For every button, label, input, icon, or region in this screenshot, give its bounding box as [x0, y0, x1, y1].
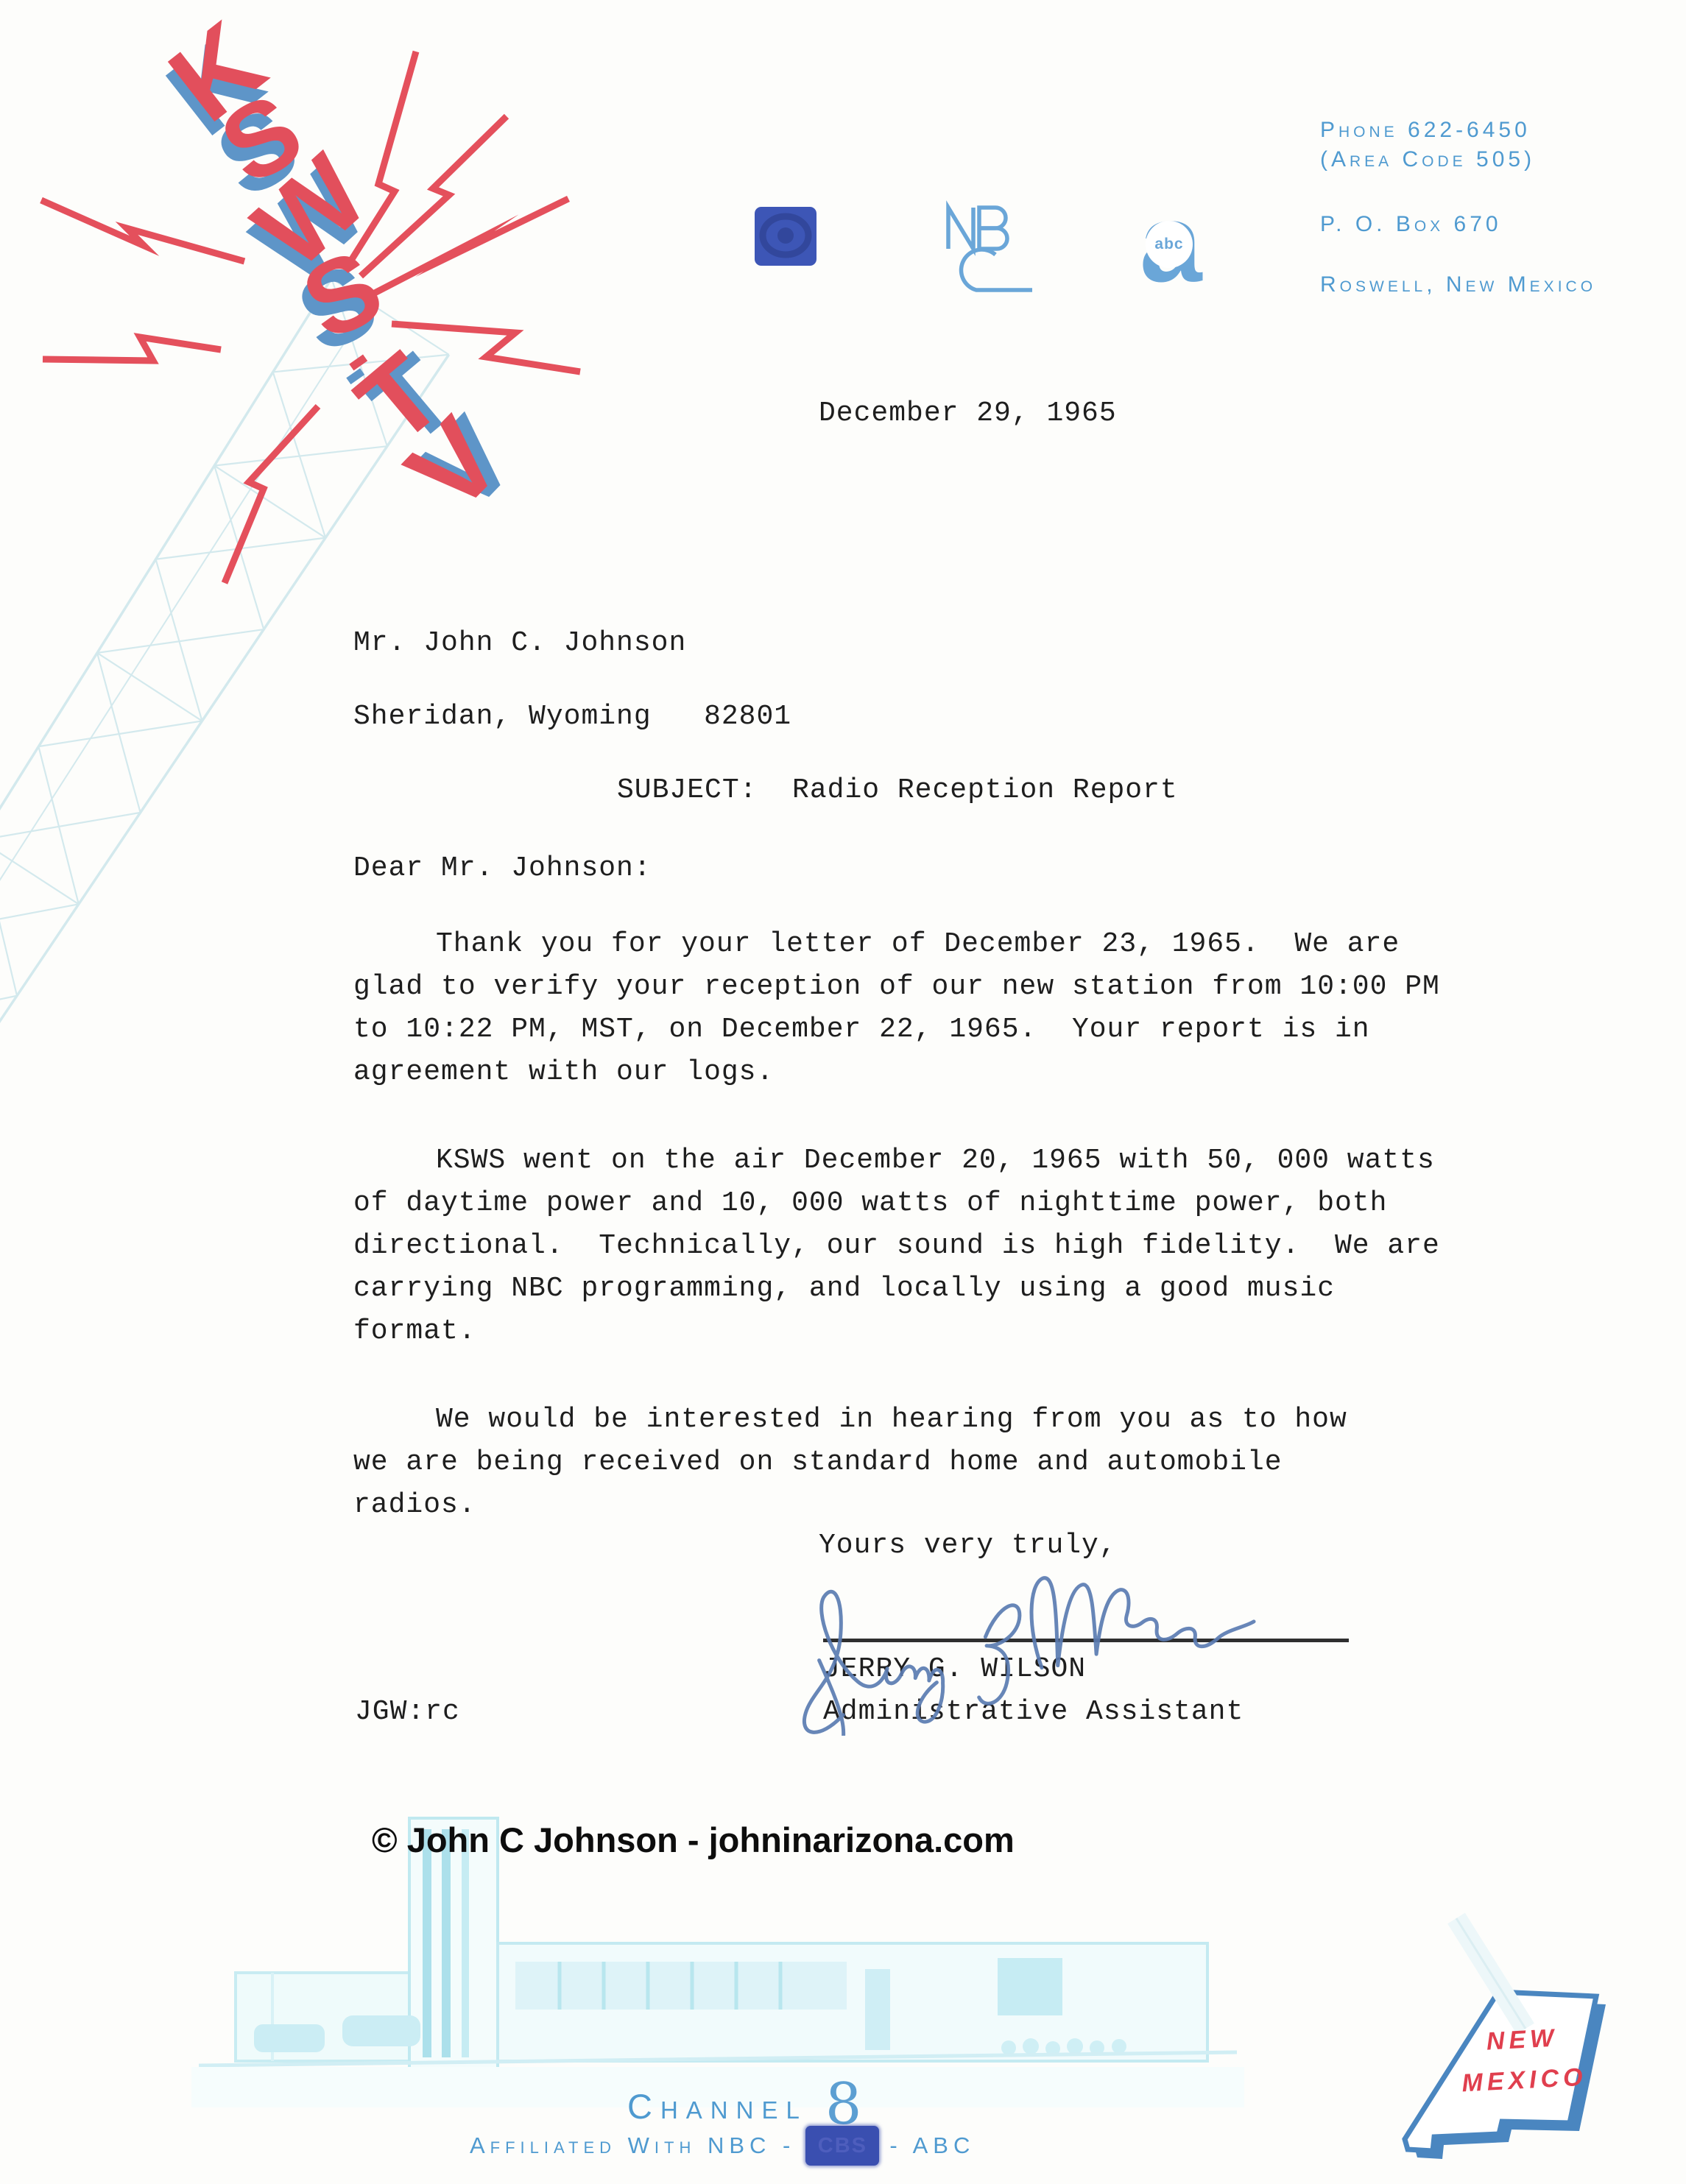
handwritten-signature [766, 1515, 1266, 1736]
abc-logo-text: abc [1154, 236, 1183, 253]
phone-number: Phone 622-6450 [1320, 118, 1596, 144]
letter-line: carrying NBC programming, and locally us… [353, 1268, 1472, 1310]
salutation: Dear Mr. Johnson: [353, 852, 652, 884]
letter-line: directional. Technically, our sound is h… [353, 1225, 1472, 1268]
reference-initials: JGW:rc [355, 1696, 460, 1728]
cbs-ink-stamp: CBS [805, 2126, 879, 2166]
affiliation-suffix: - ABC [889, 2132, 975, 2159]
nm-line2: MEXICO [1461, 2057, 1588, 2105]
channel-label: Channel [627, 2076, 808, 2127]
cbs-eye-logo-stamped-icon [754, 206, 817, 266]
po-box: P. O. Box 670 [1320, 212, 1596, 238]
letter-line: KSWS went on the air December 20, 1965 w… [353, 1139, 1472, 1182]
copyright-watermark: © John C Johnson - johninarizona.com [372, 1820, 1015, 1860]
letter-line: Thank you for your letter of December 23… [353, 923, 1472, 966]
letter-scan-page: KSWS-TV a abc Phone 622-6450 (Area Code … [0, 0, 1686, 2184]
recipient-city: Sheridan, Wyoming 82801 [353, 701, 791, 732]
city-state: Roswell, New Mexico [1320, 272, 1596, 299]
letter-paragraph: We would be interested in hearing from y… [353, 1399, 1472, 1527]
recipient-name: Mr. John C. Johnson [353, 627, 686, 659]
kswstv-logo: KSWS-TV [0, 0, 663, 589]
subject-line: SUBJECT: Radio Reception Report [617, 774, 1178, 806]
letter-line: of daytime power and 10, 000 watts of ni… [353, 1182, 1472, 1225]
nbc-logo-icon [944, 200, 1047, 296]
letter-line: to 10:22 PM, MST, on December 22, 1965. … [353, 1008, 1472, 1051]
channel-8-line: Channel 8 [627, 2076, 861, 2133]
area-code: (Area Code 505) [1320, 147, 1596, 174]
letter-body: Thank you for your letter of December 23… [353, 923, 1472, 1572]
letter-line: we are being received on standard home a… [353, 1441, 1472, 1484]
letter-paragraph: KSWS went on the air December 20, 1965 w… [353, 1139, 1472, 1353]
channel-number: 8 [825, 2076, 862, 2133]
affiliation-line: Affiliated With NBC - CBS - ABC [470, 2126, 975, 2166]
letter-line: glad to verify your reception of our new… [353, 966, 1472, 1008]
letterhead-contact-block: Phone 622-6450 (Area Code 505) P. O. Box… [1320, 118, 1596, 299]
affiliation-prefix: Affiliated With NBC - [470, 2132, 795, 2159]
letter-line: agreement with our logs. [353, 1051, 1472, 1094]
letter-line: We would be interested in hearing from y… [353, 1399, 1472, 1441]
letter-line: format. [353, 1310, 1472, 1353]
letter-date: December 29, 1965 [819, 397, 1117, 429]
abc-logo-icon: a abc [1140, 203, 1225, 294]
letter-paragraph: Thank you for your letter of December 23… [353, 923, 1472, 1094]
new-mexico-label: NEW MEXICO [1459, 2017, 1588, 2105]
stamped-cbs-text: CBS [818, 2134, 867, 2158]
nm-line1: NEW [1459, 2017, 1586, 2064]
